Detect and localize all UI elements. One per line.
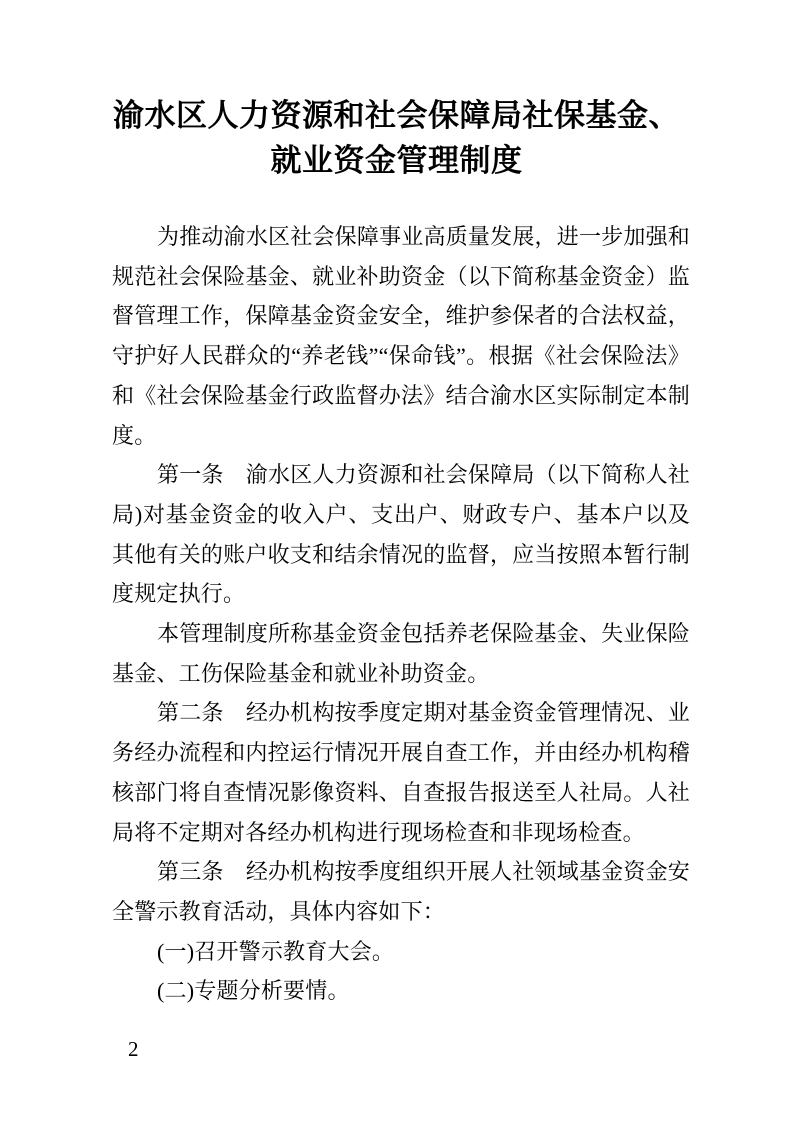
paragraph-article-1: 第一条 渝水区人力资源和社会保障局（以下简称人社局)对基金资金的收入户、支出户、…: [112, 455, 690, 614]
paragraph-intro: 为推动渝水区社会保障事业高质量发展，进一步加强和规范社会保险基金、就业补助资金（…: [112, 217, 690, 455]
document-page: 渝水区人力资源和社会保障局社保基金、 就业资金管理制度 为推动渝水区社会保障事业…: [0, 0, 793, 1122]
document-title-line-2: 就业资金管理制度: [60, 138, 733, 183]
document-body: 为推动渝水区社会保障事业高质量发展，进一步加强和规范社会保险基金、就业补助资金（…: [112, 217, 690, 1011]
paragraph-article-2: 第二条 经办机构按季度定期对基金资金管理情况、业务经办流程和内控运行情况开展自查…: [112, 693, 690, 852]
document-title-line-1: 渝水区人力资源和社会保障局社保基金、: [60, 93, 733, 138]
paragraph-fund-definition: 本管理制度所称基金资金包括养老保险基金、失业保险基金、工伤保险基金和就业补助资金…: [112, 614, 690, 693]
list-item-2: (二)专题分析要情。: [112, 971, 690, 1011]
paragraph-article-3: 第三条 经办机构按季度组织开展人社领域基金资金安全警示教育活动，具体内容如下：: [112, 852, 690, 931]
list-item-1: (一)召开警示教育大会。: [112, 932, 690, 972]
document-title: 渝水区人力资源和社会保障局社保基金、 就业资金管理制度: [60, 93, 733, 183]
page-number: 2: [128, 1034, 139, 1064]
